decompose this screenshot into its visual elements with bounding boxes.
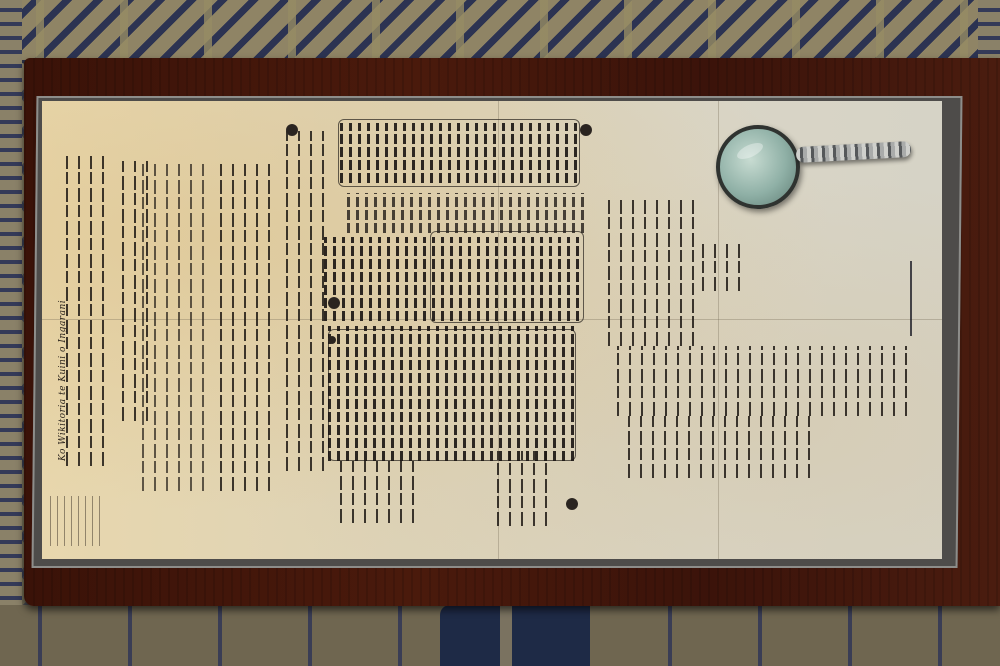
signature-block — [340, 123, 578, 183]
signature-block — [347, 193, 587, 233]
signature-block — [702, 241, 750, 291]
signature-block — [340, 461, 420, 523]
magnifier-handle — [796, 141, 912, 163]
text-column — [286, 131, 326, 471]
signature-block — [608, 196, 700, 346]
document-heading: Ko Wikitoria te Kuini o Ingarani — [58, 300, 68, 461]
text-column — [142, 161, 212, 491]
signature-block — [497, 451, 552, 526]
magnifier-lens — [716, 125, 800, 209]
text-column — [220, 161, 280, 491]
corner-notes — [50, 496, 100, 546]
rug-border-left — [0, 0, 22, 666]
punch-hole — [580, 124, 592, 136]
text-column — [66, 156, 114, 466]
signature-block — [324, 237, 580, 321]
rug-border-top — [0, 0, 1000, 63]
signature-block — [617, 346, 917, 416]
punch-hole — [286, 124, 298, 136]
magnifying-glass — [716, 125, 916, 205]
person-feet — [440, 605, 600, 666]
signature-block — [628, 416, 818, 478]
punch-hole — [566, 498, 578, 510]
punch-hole — [328, 297, 340, 309]
signature-block — [328, 326, 578, 461]
ink-line — [910, 261, 912, 336]
punch-hole — [328, 336, 336, 344]
lens-shine — [735, 140, 765, 163]
